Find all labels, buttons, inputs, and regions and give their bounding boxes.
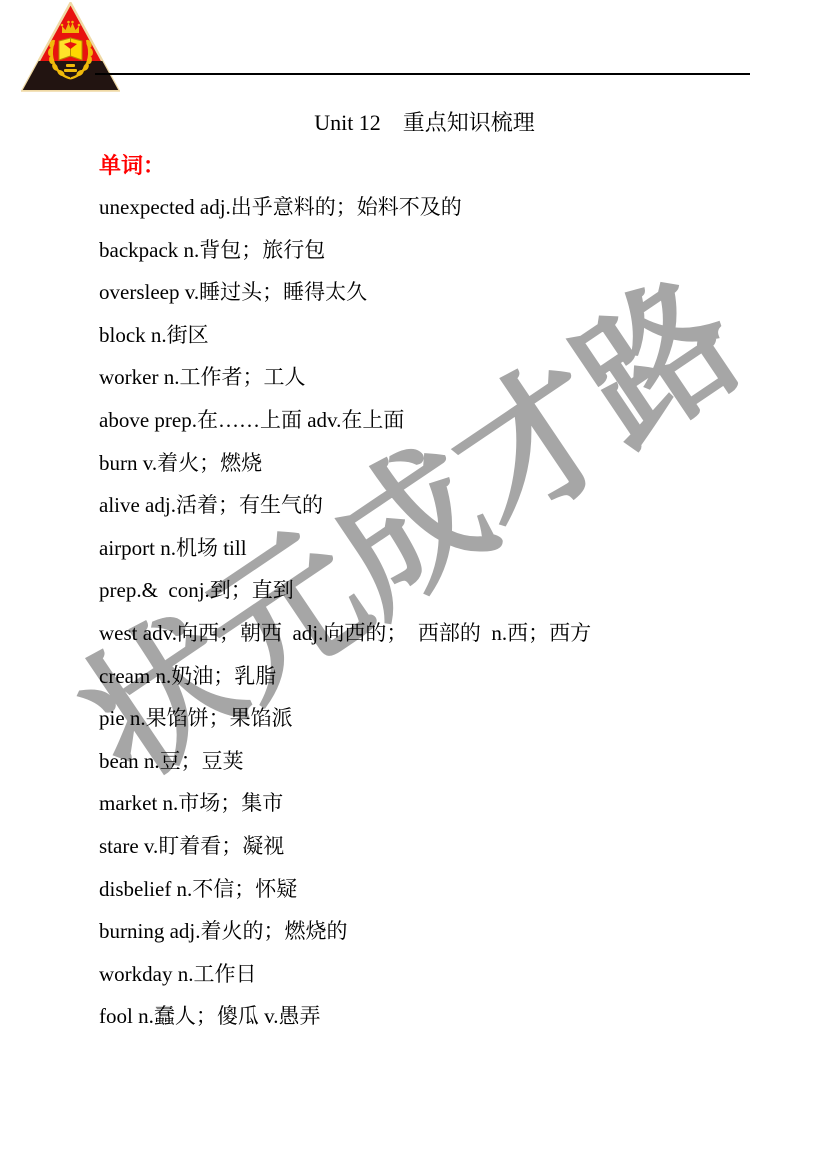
word-item: worker n.工作者；工人: [99, 356, 799, 399]
word-item: workday n.工作日: [99, 953, 799, 996]
word-item: above prep.在……上面 adv.在上面: [99, 399, 799, 442]
document-page: 状元成才路: [0, 0, 827, 1169]
word-item: market n.市场；集市: [99, 782, 799, 825]
word-item: cream n.奶油；乳脂: [99, 655, 799, 698]
section-heading-words: 单词：: [99, 149, 165, 180]
word-item: fool n.蠢人；傻瓜 v.愚弄: [99, 995, 799, 1038]
word-item: unexpected adj.出乎意料的；始料不及的: [99, 186, 799, 229]
word-item: alive adj.活着；有生气的: [99, 484, 799, 527]
page-title: Unit 12 重点知识梳理: [0, 106, 827, 137]
vocabulary-list: unexpected adj.出乎意料的；始料不及的 backpack n.背包…: [99, 186, 799, 1038]
school-logo-icon: [21, 2, 120, 92]
word-item: burning adj.着火的；燃烧的: [99, 910, 799, 953]
word-item: airport n.机场 till: [99, 527, 799, 570]
word-item: block n.街区: [99, 314, 799, 357]
word-item: prep.& conj.到；直到: [99, 569, 799, 612]
word-item: oversleep v.睡过头；睡得太久: [99, 271, 799, 314]
word-item: burn v.着火；燃烧: [99, 442, 799, 485]
word-item: pie n.果馅饼；果馅派: [99, 697, 799, 740]
page-content: Unit 12 重点知识梳理 单词： unexpected adj.出乎意料的；…: [0, 0, 827, 1169]
word-item: bean n.豆；豆荚: [99, 740, 799, 783]
word-item: west adv.向西；朝西 adj.向西的； 西部的 n.西；西方: [99, 612, 799, 655]
word-item: stare v.盯着看；凝视: [99, 825, 799, 868]
word-item: disbelief n.不信；怀疑: [99, 868, 799, 911]
header-divider: [95, 73, 750, 75]
word-item: backpack n.背包；旅行包: [99, 229, 799, 272]
